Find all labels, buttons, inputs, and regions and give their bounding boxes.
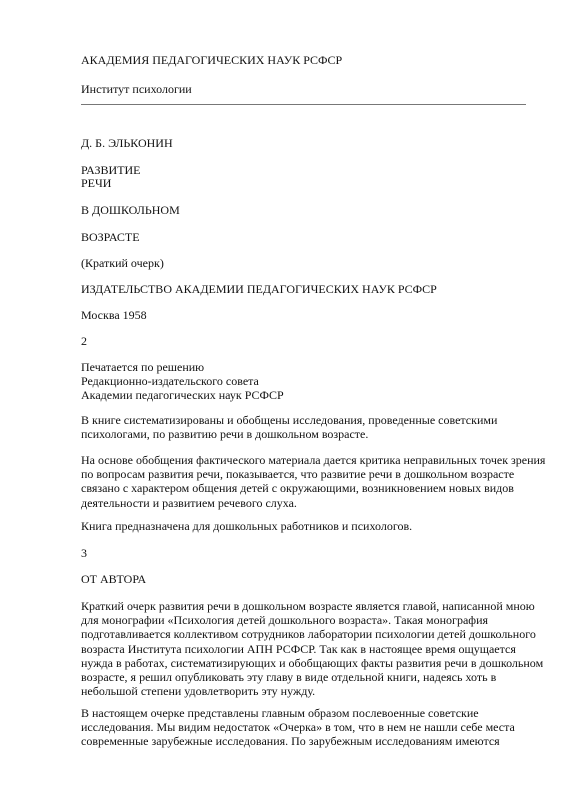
text-line: психологами, по развитию речи в дошкольн… — [81, 427, 531, 441]
text-line: современные зарубежные исследования. По … — [81, 734, 531, 748]
text-line: по вопросам развития речи, показывается,… — [81, 467, 531, 481]
city-year: Москва 1958 — [81, 308, 147, 322]
preface-paragraph-2: В настоящем очерке представлены главным … — [81, 706, 531, 749]
text-line: для монографии «Психология детей дошколь… — [81, 613, 531, 627]
preface-heading: ОТ АВТОРА — [81, 572, 146, 586]
text-line: исследования. Мы видим недостаток «Очерк… — [81, 720, 531, 734]
title-line-4: ВОЗРАСТЕ — [81, 230, 140, 244]
academy-header: АКАДЕМИЯ ПЕДАГОГИЧЕСКИХ НАУК РСФСР — [81, 53, 342, 67]
imprint-line: Академии педагогических наук РСФСР — [81, 388, 531, 402]
imprint-block: Печатается по решению Редакционно-издате… — [81, 360, 531, 403]
text-line: возрасте, я решил опубликовать эту главу… — [81, 670, 531, 684]
title-line-3: В ДОШКОЛЬНОМ — [81, 203, 180, 217]
text-line: В книге систематизированы и обобщены исс… — [81, 413, 531, 427]
publisher: ИЗДАТЕЛЬСТВО АКАДЕМИИ ПЕДАГОГИЧЕСКИХ НАУ… — [81, 282, 437, 296]
institute-name: Институт психологии — [81, 82, 192, 96]
text-line: подготавливается коллективом сотрудников… — [81, 627, 531, 641]
annotation-paragraph-2: На основе обобщения фактического материа… — [81, 453, 531, 510]
annotation-paragraph-3: Книга предназначена для дошкольных работ… — [81, 519, 412, 533]
author-name: Д. Б. ЭЛЬКОНИН — [81, 136, 173, 150]
text-line: На основе обобщения фактического материа… — [81, 453, 531, 467]
text-line: небольшой степени удовлетворить эту нужд… — [81, 684, 531, 698]
page-number: 2 — [81, 334, 87, 348]
page-number: 3 — [81, 546, 87, 560]
text-line: связано с характером общения детей с окр… — [81, 481, 531, 495]
title-line-2: РЕЧИ — [81, 176, 111, 190]
text-line: Краткий очерк развития речи в дошкольном… — [81, 599, 531, 613]
annotation-paragraph-1: В книге систематизированы и обобщены исс… — [81, 413, 531, 441]
text-line: возраста Института психологии АПН РСФСР.… — [81, 642, 531, 656]
imprint-line: Редакционно-издательского совета — [81, 374, 531, 388]
text-line: нужда в работах, систематизирующих и обо… — [81, 656, 531, 670]
text-line: деятельности и развитием речевого слуха. — [81, 496, 531, 510]
header-divider — [81, 104, 526, 105]
imprint-line: Печатается по решению — [81, 360, 531, 374]
preface-paragraph-1: Краткий очерк развития речи в дошкольном… — [81, 599, 531, 698]
text-line: В настоящем очерке представлены главным … — [81, 706, 531, 720]
subtitle: (Краткий очерк) — [81, 256, 164, 270]
title-line-1: РАЗВИТИЕ — [81, 163, 141, 177]
